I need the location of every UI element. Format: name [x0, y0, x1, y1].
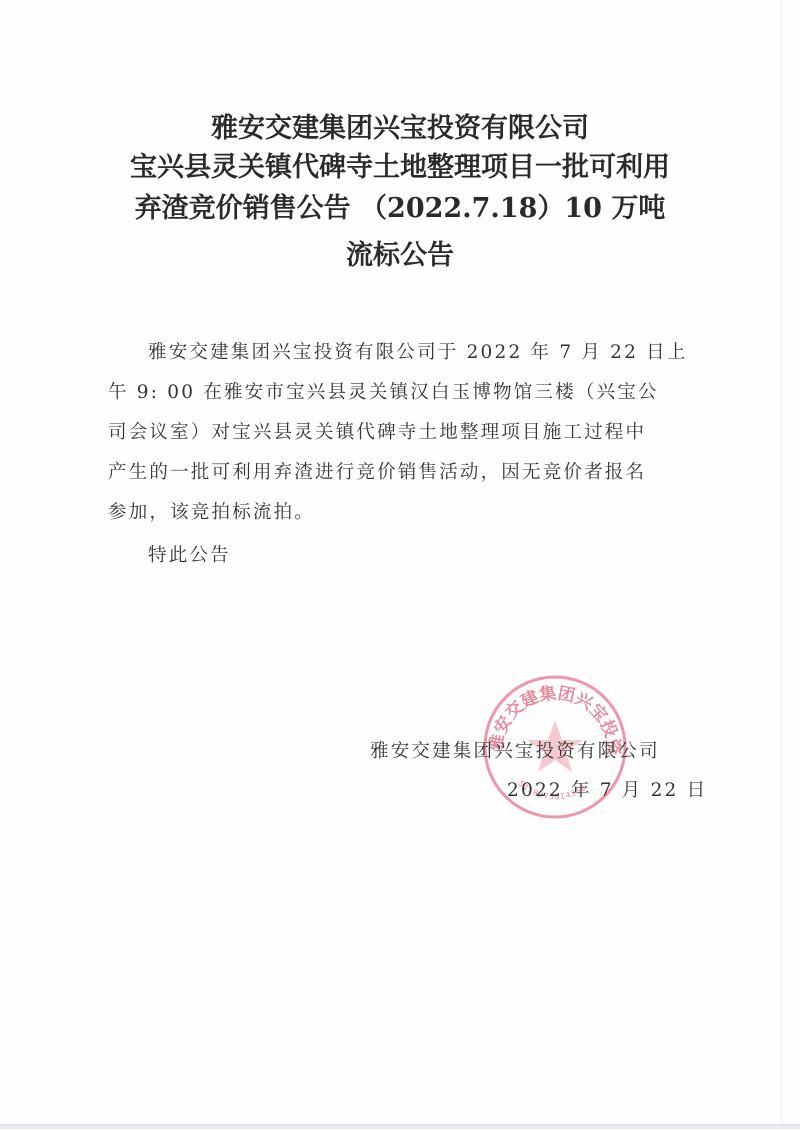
body-line: 司会议室）对宝兴县灵关镇代碑寺土地整理项目施工过程中: [108, 418, 646, 444]
signature-date: 2022 年 7 月 22 日: [507, 776, 707, 802]
body-line: 雅安交建集团兴宝投资有限公司于 2022 年 7 月 22 日上: [148, 338, 688, 364]
title-company: 雅安交建集团兴宝投资有限公司: [0, 106, 800, 145]
body-line: 参加，该竞拍标流拍。: [108, 498, 315, 524]
document-page: 雅安交建集团兴宝投资有限公司 宝兴县灵关镇代碑寺土地整理项目一批可利用 弃渣竞价…: [0, 0, 800, 1120]
title-project: 宝兴县灵关镇代碑寺土地整理项目一批可利用: [0, 145, 800, 184]
title-notice: 流标公告: [0, 233, 800, 272]
signature-company: 雅安交建集团兴宝投资有限公司: [370, 737, 660, 763]
closing-text: 特此公告: [148, 541, 231, 567]
title-sale: 弃渣竞价销售公告 （2022.7.18）10 万吨: [0, 186, 800, 225]
body-line: 午 9: 00 在雅安市宝兴县灵关镇汉白玉博物馆三楼（兴宝公: [108, 378, 659, 404]
page-bottom-edge: [0, 1124, 800, 1129]
page-edge: [781, 0, 782, 1124]
body-line: 产生的一批可利用弃渣进行竞价销售活动，因无竞价者报名: [108, 458, 646, 484]
